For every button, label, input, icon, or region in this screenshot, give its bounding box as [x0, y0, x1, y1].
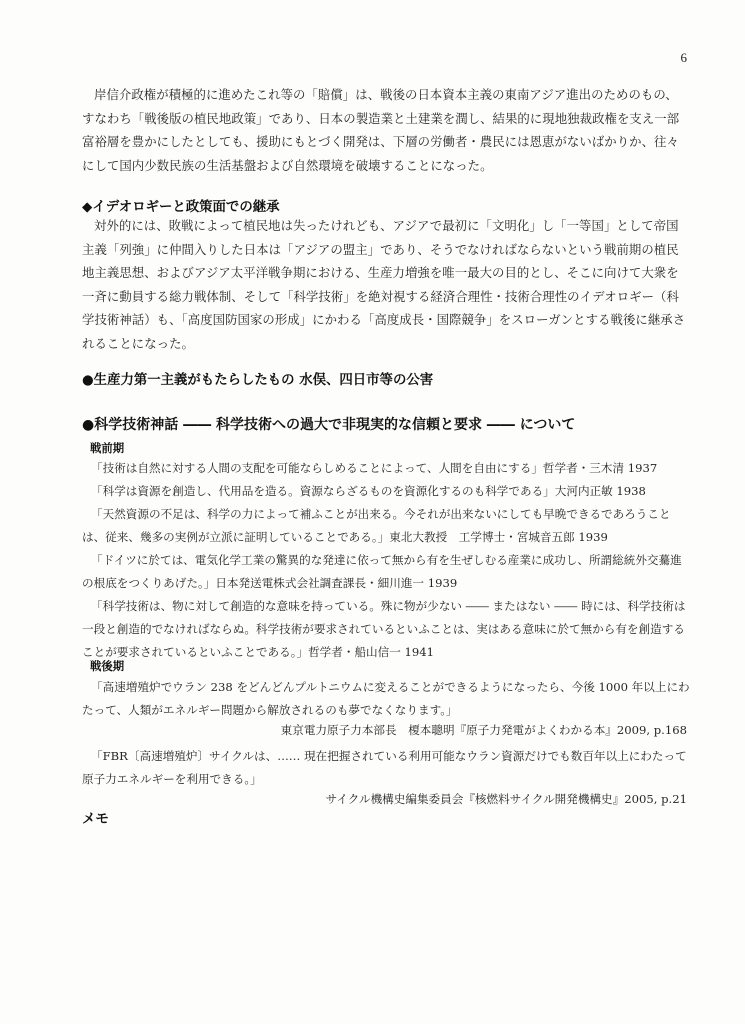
memo-area — [82, 830, 692, 980]
prewar-quote-5: 「科学技術は、物に対して創造的な意味を持っている。殊に物が少ない ―― またはな… — [82, 595, 692, 664]
section-heading-ideology: ◆イデオロギーと政策面での継承 — [82, 196, 280, 215]
subheading-prewar: 戦前期 — [90, 440, 124, 456]
postwar-quote-1-source: 東京電力原子力本部長 榎本聰明『原子力発電がよくわかる本』2009, p.168 — [281, 722, 687, 738]
ideology-text: 対外的には、敗戦によって植民地は失ったけれども、アジアで最初に「文明化」し「一等… — [82, 218, 685, 351]
postwar-quote-2: 「FBR〔高速増殖炉〕サイクルは、…… 現在把握されている利用可能なウラン資源だ… — [82, 745, 692, 791]
section-heading-productivity: ●生産力第一主義がもたらしたもの 水俣、四日市等の公害 — [82, 369, 433, 388]
prewar-quote-4: 「ドイツに於ては、電気化学工業の驚異的な発達に依って無から有を生ぜしむる産業に成… — [82, 549, 692, 595]
prewar-quote-1: 「技術は自然に対する人間の支配を可能ならしめることによって、人間を自由にする」哲… — [82, 457, 692, 480]
intro-paragraph: 岸信介政権が積極的に進めたこれ等の「賠償」は、戦後の日本資本主義の東南アジア進出… — [82, 83, 690, 177]
postwar-quote-1: 「高速増殖炉でウラン 238 をどんどんプルトニウムに変えることができるようにな… — [82, 676, 692, 722]
postwar-quote-2-source: サイクル機構史編集委員会『核燃料サイクル開発機構史』2005, p.21 — [326, 791, 687, 807]
prewar-quote-3: 「天然資源の不足は、科学の力によって補ふことが出来る。今それが出来ないにしても早… — [82, 503, 692, 549]
section-heading-science-myth: ●科学技術神話 ―― 科学技術への過大で非現実的な信頼と要求 ―― について — [82, 414, 575, 434]
ideology-paragraph: 対外的には、敗戦によって植民地は失ったけれども、アジアで最初に「文明化」し「一等… — [82, 214, 690, 355]
page-number: 6 — [681, 50, 688, 66]
subheading-postwar: 戦後期 — [90, 658, 124, 674]
memo-heading: メモ — [82, 808, 109, 827]
intro-text: 岸信介政権が積極的に進めたこれ等の「賠償」は、戦後の日本資本主義の東南アジア進出… — [82, 87, 679, 173]
prewar-quote-2: 「科学は資源を創造し、代用品を造る。資源ならざるものを資源化するのも科学である」… — [82, 480, 692, 503]
